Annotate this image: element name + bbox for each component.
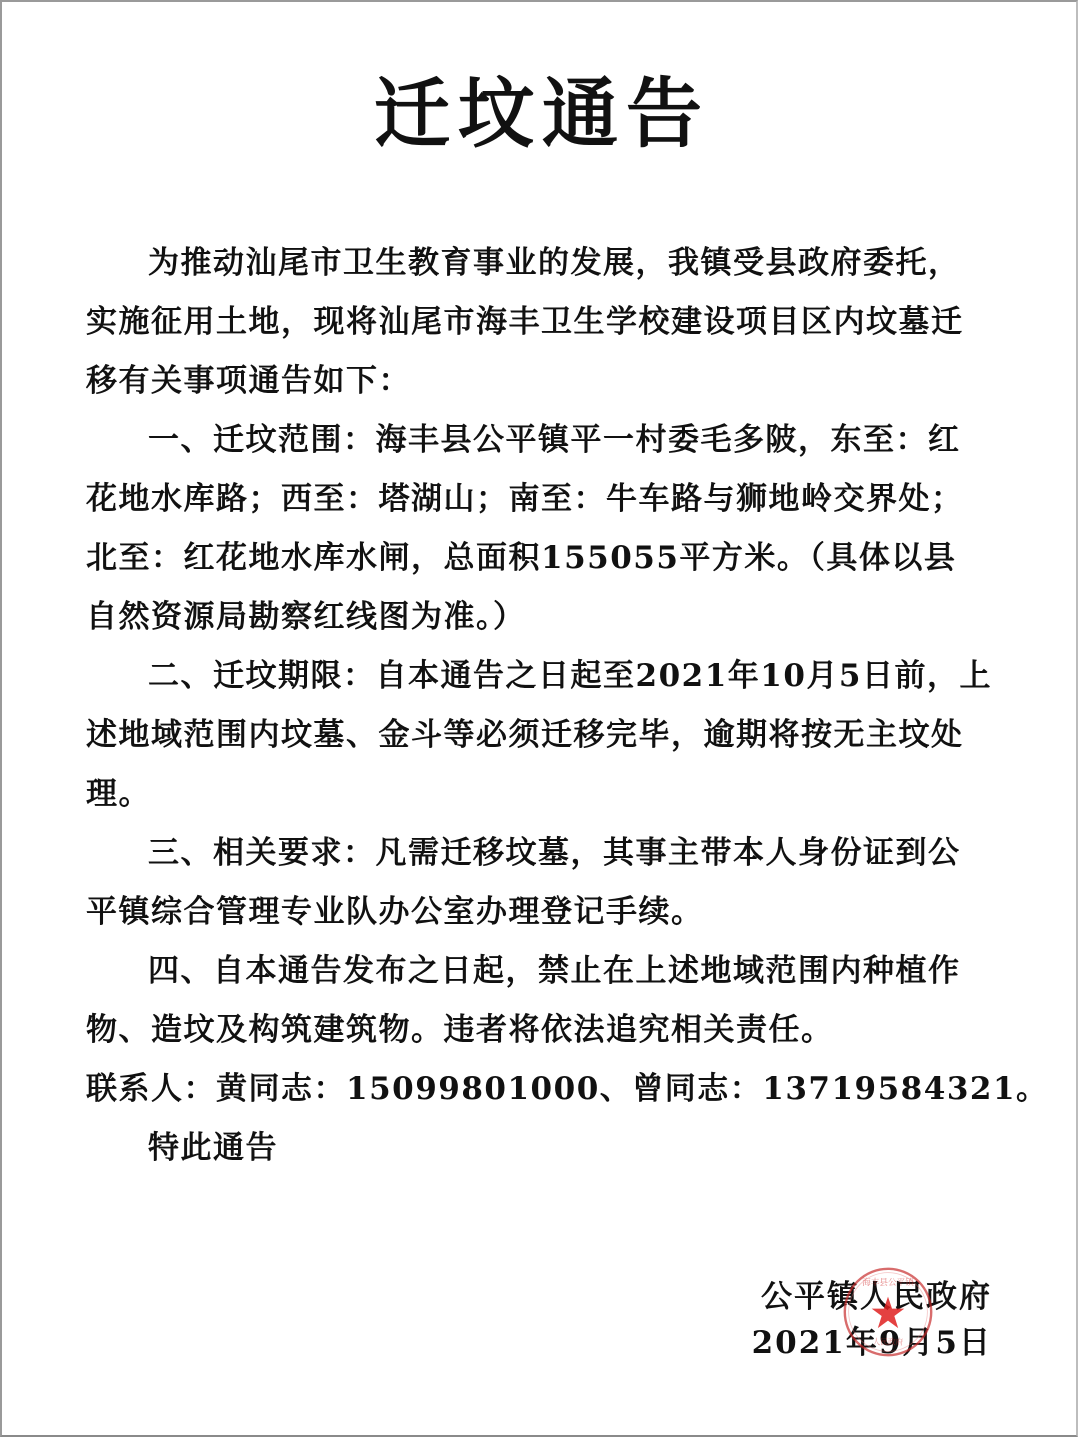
section-2-line-1: 二、迁坟期限：自本通告之日起至2021年10月5日前，上: [86, 647, 1002, 706]
section-4-line-2: 物、造坟及构筑建筑物。违者将依法追究相关责任。: [86, 1001, 1002, 1060]
section-2-deadline: 二、迁坟期限：自本通告之日起至2021年10月5日前，上 述地域范围内坟墓、金斗…: [86, 647, 1002, 824]
section-3-line-1: 三、相关要求：凡需迁移坟墓，其事主带本人身份证到公: [86, 824, 1002, 883]
document-body: 为推动汕尾市卫生教育事业的发展，我镇受县政府委托， 实施征用土地，现将汕尾市海丰…: [86, 234, 1002, 1178]
svg-text:海丰县公平镇: 海丰县公平镇: [862, 1276, 915, 1288]
contact-info: 联系人：黄同志：15099801000、曾同志：13719584321。: [86, 1060, 1002, 1119]
section-1-line-3: 北至：红花地水库水闸，总面积155055平方米。（具体以县: [86, 529, 1002, 588]
section-3-requirements: 三、相关要求：凡需迁移坟墓，其事主带本人身份证到公 平镇综合管理专业队办公室办理…: [86, 824, 1002, 942]
official-seal-icon: 海丰县公平镇 人民政府: [840, 1264, 936, 1360]
section-4-prohibition: 四、自本通告发布之日起，禁止在上述地域范围内种植作 物、造坟及构筑建筑物。违者将…: [86, 942, 1002, 1060]
section-1-line-4: 自然资源局勘察红线图为准。）: [86, 588, 1002, 647]
notice-page: 迁坟通告 为推动汕尾市卫生教育事业的发展，我镇受县政府委托， 实施征用土地，现将…: [0, 0, 1078, 1437]
section-2-line-3: 理。: [86, 765, 1002, 824]
section-1-scope: 一、迁坟范围：海丰县公平镇平一村委毛多陂，东至：红 花地水库路；西至：塔湖山；南…: [86, 411, 1002, 647]
section-1-line-2: 花地水库路；西至：塔湖山；南至：牛车路与狮地岭交界处；: [86, 470, 1002, 529]
section-4-line-1: 四、自本通告发布之日起，禁止在上述地域范围内种植作: [86, 942, 1002, 1001]
document-title: 迁坟通告: [2, 64, 1080, 164]
section-1-line-1: 一、迁坟范围：海丰县公平镇平一村委毛多陂，东至：红: [86, 411, 1002, 470]
intro-line-3: 移有关事项通告如下：: [86, 352, 1002, 411]
section-2-line-2: 述地域范围内坟墓、金斗等必须迁移完毕，逾期将按无主坟处: [86, 706, 1002, 765]
intro-line-2: 实施征用土地，现将汕尾市海丰卫生学校建设项目区内坟墓迁: [86, 293, 1002, 352]
intro-line-1: 为推动汕尾市卫生教育事业的发展，我镇受县政府委托，: [86, 234, 1002, 293]
section-3-line-2: 平镇综合管理专业队办公室办理登记手续。: [86, 883, 1002, 942]
svg-text:人民政府: 人民政府: [873, 1337, 904, 1347]
intro-paragraph: 为推动汕尾市卫生教育事业的发展，我镇受县政府委托， 实施征用土地，现将汕尾市海丰…: [86, 234, 1002, 411]
closing-statement: 特此通告: [86, 1119, 1002, 1178]
